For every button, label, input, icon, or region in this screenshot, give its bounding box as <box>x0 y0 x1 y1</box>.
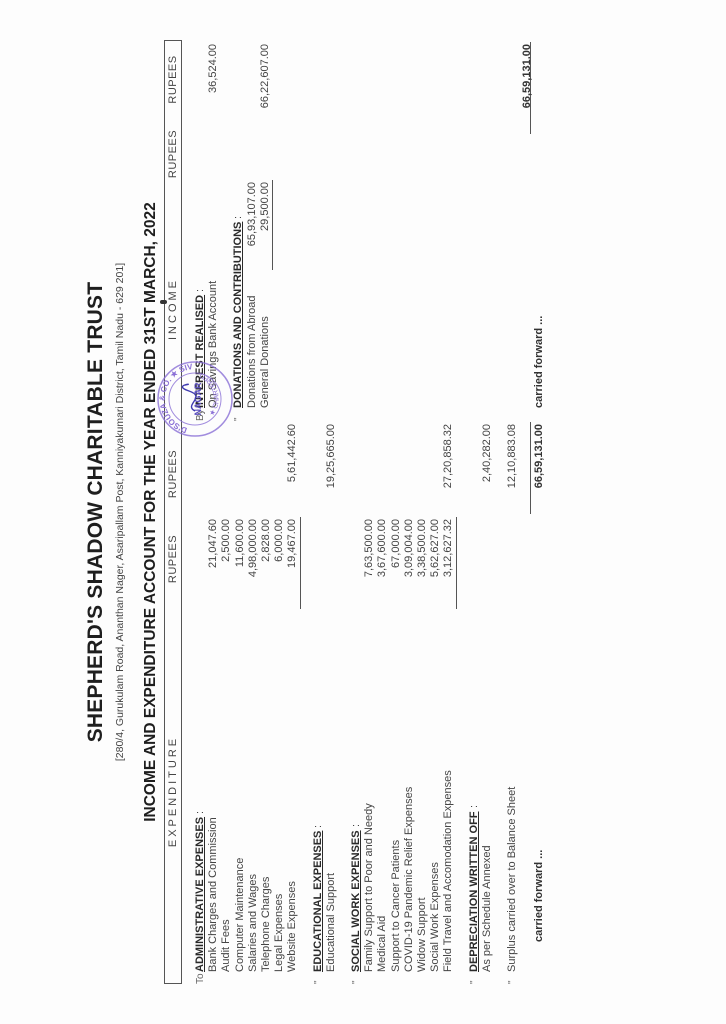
subtotal-rule <box>456 517 457 609</box>
social-work-expenses-colon: : <box>350 824 362 827</box>
social-work-expenses-heading: SOCIAL WORK EXPENSES <box>350 830 362 972</box>
line-item-amount: 6,000.00 <box>273 519 285 619</box>
total-rule <box>530 422 531 514</box>
social-work-expenses-total: 27,20,858.32 <box>442 424 454 534</box>
subtotal-rule <box>300 517 301 609</box>
surplus-total: 12,10,883.08 <box>506 424 518 534</box>
exp-carried-forward-total: 66,59,131.00 <box>533 424 545 534</box>
line-item-label: COVID-19 Pandemic Relief Expenses <box>403 787 415 972</box>
line-item-amount: 67,000.00 <box>390 519 402 619</box>
org-name: SHEPHERD'S SHADOW CHARITABLE TRUST <box>84 0 108 1024</box>
line-item-amount: 65,93,107.00 <box>246 182 258 282</box>
line-item-label: As per Schedule Annexed <box>481 845 493 972</box>
educational-expenses-colon: : <box>312 825 324 828</box>
line-item-label: General Donations <box>259 316 271 408</box>
educational-expenses-prefix: " <box>313 980 324 984</box>
line-item-label: Support to Cancer Patients <box>390 840 402 972</box>
ink-speck <box>160 300 167 304</box>
line-item-amount: 2,500.00 <box>220 519 232 619</box>
col-inc-rupees-2: RUPEES <box>167 40 179 119</box>
educational-expenses-heading: EDUCATIONAL EXPENSES <box>312 831 324 972</box>
line-item-amount: 2,828.00 <box>260 519 272 619</box>
line-item-label: Bank Charges and Commission <box>207 817 219 972</box>
depreciation-total: 2,40,282.00 <box>481 424 493 534</box>
line-item-amount: 7,63,500.00 <box>363 519 375 619</box>
line-item-amount: 5,62,627.00 <box>429 519 441 619</box>
line-item-amount: 3,38,500.00 <box>416 519 428 619</box>
col-exp-rupees-1: RUPEES <box>167 519 179 599</box>
line-item-label: Salaries and Wages <box>247 874 259 972</box>
col-expenditure: EXPENDITURE <box>167 599 179 984</box>
seal-icon: D'SOUZA & CO. ★ SIVA ★ CHARTERED NAGAR <box>155 359 235 439</box>
subtotal-rule <box>272 180 273 270</box>
line-item-label: Legal Expenses <box>273 894 285 972</box>
donations-total: 66,22,607.00 <box>259 44 271 154</box>
line-item-label: Telephone Charges <box>260 877 272 972</box>
col-inc-rupees-1: RUPEES <box>167 119 179 189</box>
col-exp-rupees-2: RUPEES <box>167 429 179 519</box>
depreciation-prefix: " <box>469 980 480 984</box>
statement-title: INCOME AND EXPENDITURE ACCOUNT FOR THE Y… <box>142 0 160 1024</box>
income-expenditure-document: SHEPHERD'S SHADOW CHARITABLE TRUST [280/… <box>0 0 726 1024</box>
line-item-label: Educational Support <box>325 873 337 972</box>
org-address: [280/4, Gurukulam Road, Ananthan Nager, … <box>114 0 126 1024</box>
interest-colon: : <box>194 289 206 292</box>
social-work-expenses-prefix: " <box>351 980 362 984</box>
inc-carried-forward-total: 66,59,131.00 <box>521 44 533 154</box>
auditor-stamp: D'SOUZA & CO. ★ SIVA ★ CHARTERED NAGAR <box>155 359 235 439</box>
line-item-amount: 19,467.00 <box>286 519 298 619</box>
line-item-amount: 3,09,004.00 <box>403 519 415 619</box>
line-item-amount: 3,67,600.00 <box>376 519 388 619</box>
line-item-label: Donations from Abroad <box>246 295 258 408</box>
admin-expenses-colon: : <box>194 811 206 814</box>
admin-expenses-total: 5,61,442.60 <box>286 424 298 534</box>
surplus-prefix: " <box>507 980 518 984</box>
interest-total: 36,524.00 <box>207 44 219 154</box>
surplus-label: Surplus carried over to Balance Sheet <box>506 787 518 972</box>
educational-expenses-total: 19,25,665.00 <box>325 424 337 534</box>
line-item-label: Field Travel and Accomodation Expenses <box>442 770 454 972</box>
donations-colon: : <box>232 216 244 219</box>
depreciation-heading: DEPRECIATION WRITTEN OFF <box>468 811 480 972</box>
line-item-label: Medical Aid <box>376 916 388 972</box>
depreciation-colon: : <box>468 805 480 808</box>
admin-expenses-prefix: To <box>195 973 206 984</box>
line-item-label: Social Work Expenses <box>429 862 441 972</box>
line-item-amount: 11,600.00 <box>234 519 246 619</box>
admin-expenses-heading: ADMINISTRATIVE EXPENSES <box>194 817 206 972</box>
line-item-label: Family Support to Poor and Needy <box>363 803 375 972</box>
line-item-amount: 21,047.60 <box>207 519 219 619</box>
line-item-amount: 29,500.00 <box>259 182 271 282</box>
line-item-label: Computer Maintenance <box>234 858 246 972</box>
line-item-label: Widow Support <box>416 897 428 972</box>
donations-prefix: " <box>233 417 244 421</box>
inc-carried-forward-label: carried forward ... <box>533 316 545 408</box>
line-item-amount: 3,12,627.32 <box>442 519 454 619</box>
line-item-label: Audit Fees <box>220 919 232 972</box>
line-item-amount: 4,98,000.00 <box>247 519 259 619</box>
exp-carried-forward-label: carried forward ... <box>533 850 545 942</box>
line-item-label: Website Expenses <box>286 881 298 972</box>
